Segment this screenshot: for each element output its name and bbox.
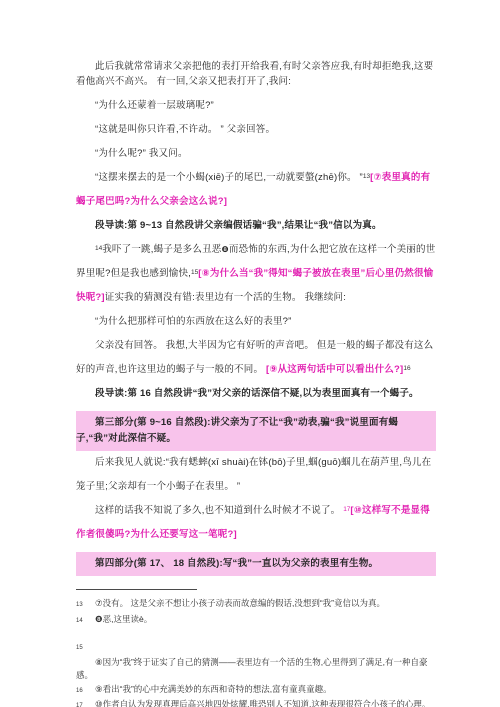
body-text: “这就是叫你只许看,不许动。 ” 父亲回答。 <box>95 124 275 135</box>
highlight-part4-summary: 第四部分(第 17、 18 自然段):写“我”一直以为父亲的表里有生物。 <box>76 552 436 576</box>
footnotes-section: 13⑦没有。 这是父亲不想让小孩子动表而故意编的假话,没想到“我”竟信以为真。 … <box>76 589 436 707</box>
body-text: 这样的话我不知说了多久,也不知道到什么时候才不说了。 <box>95 505 343 516</box>
footnote-text: ⑧因为“我”终于证实了自己的猜测——表里边有一个活的生物,心里得到了满足,有一种… <box>76 657 428 681</box>
footnote-ref-16: 16 <box>403 365 410 372</box>
footnote-row-14: 14❽恶,这里读è。 <box>76 613 436 629</box>
footnote-number <box>76 656 95 658</box>
footnote-text: ⑨看出“我”的心中充满美妙的东西和奇特的想法,富有童真童趣。 <box>95 684 332 694</box>
footnote-ref-14: 14 <box>95 245 102 252</box>
footnote-number: 13 <box>76 597 95 613</box>
footnote-row-17: 17⑩作者自认为发现真理后高兴地四处炫耀,唯恐别人不知道,这种表现很符合小孩子的… <box>76 698 436 707</box>
footnote-number: 17 <box>76 698 95 707</box>
negative-circled-8-marker: ❽ <box>221 245 228 254</box>
body-text: “这摆来摆去的是一个小蝎(xiē)子的尾巴,一动就要螫(zhē)你。 ” <box>95 172 363 183</box>
paragraph-dialog-scary-thing: “为什么把那样可怕的东西放在这么好的表里?” <box>76 310 436 334</box>
body-text: 后来我见人就说:“我有蟋蟀(xī shuài)在钵(bō)子里,蝈(guō)蝈儿… <box>76 457 431 492</box>
guide-text: 段导读:第 9~13 自然段讲父亲编假话骗“我”,结果让“我”信以为真。 <box>95 220 382 231</box>
footnote-ref-17: 17 <box>343 506 350 513</box>
paragraph-said-for-long: 这样的话我不知说了多久,也不知道到什么时候才不说了。 17[⑩这样写不是显得作者… <box>76 499 436 547</box>
annotation-question-9: [⑨从这两句话中可以看出什么?] <box>266 364 403 375</box>
guide-text: 段导读:第 16 自然段讲“我”对父亲的话深信不疑,以为表里面真有一个蝎子。 <box>95 388 419 399</box>
body-text: 我吓了一跳,蝎子是多么丑恶 <box>102 244 221 255</box>
body-text: “为什么把那样可怕的东西放在这么好的表里?” <box>95 316 292 327</box>
footnote-text: ⑦没有。 这是父亲不想让小孩子动表而故意编的假话,没想到“我”竟信以为真。 <box>95 598 385 608</box>
textbook-page: 此后我就常常请求父亲把他的表打开给我看,有时父亲答应我,有时却拒绝我,这要看他高… <box>0 0 500 707</box>
footnote-ref-15: 15 <box>191 269 198 276</box>
paragraph-bragging: 后来我见人就说:“我有蟋蟀(xī shuài)在钵(bō)子里,蝈(guō)蝈儿… <box>76 451 436 499</box>
footnote-number: 16 <box>76 683 95 699</box>
footnote-row-13: 13⑦没有。 这是父亲不想让小孩子动表而故意编的假话,没想到“我”竟信以为真。 <box>76 597 436 613</box>
paragraph-father-no-answer: 父亲没有回答。 我想,大半因为它有好听的声音吧。 但是一般的蝎子都没有这么好的声… <box>76 334 436 382</box>
paragraph-guide-16: 段导读:第 16 自然段讲“我”对父亲的话深信不疑,以为表里面真有一个蝎子。 <box>76 382 436 406</box>
footnote-row-16: 16⑨看出“我”的心中充满美妙的东西和奇特的想法,富有童真童趣。 <box>76 683 436 699</box>
footnote-number: 14 <box>76 613 95 629</box>
paragraph-dialog-look-only: “这就是叫你只许看,不许动。 ” 父亲回答。 <box>76 118 436 142</box>
body-text: “为什么还蒙着一层玻璃呢?” <box>95 100 214 111</box>
footnote-ref-13: 13 <box>363 173 370 180</box>
footnote-separator <box>76 589 197 590</box>
highlight-part3-summary: 第三部分(第 9~16 自然段):讲父亲为了不让“我”动表,骗“我”说里面有蝎子… <box>76 411 436 451</box>
body-text: 证实我的猜测没有错:表里边有一个活的生物。 我继续问: <box>105 292 346 303</box>
paragraph-dialog-why: “为什么呢?” 我又问。 <box>76 142 436 166</box>
body-text: 此后我就常常请求父亲把他的表打开给我看,有时父亲答应我,有时却拒绝我,这要看他高… <box>76 61 433 87</box>
footnote-text: ❽恶,这里读è。 <box>95 614 152 624</box>
paragraph-request-watch: 此后我就常常请求父亲把他的表打开给我看,有时父亲答应我,有时却拒绝我,这要看他高… <box>76 59 436 89</box>
footnote-row-15-number: 15 <box>76 640 436 656</box>
footnote-row-15-text: ⑧因为“我”终于证实了自己的猜测——表里边有一个活的生物,心里得到了满足,有一种… <box>76 656 436 683</box>
paragraph-scorpion-tail: “这摆来摆去的是一个小蝎(xiē)子的尾巴,一动就要螫(zhē)你。 ”13[⑦… <box>76 166 436 214</box>
body-text: “为什么呢?” 我又问。 <box>95 148 188 159</box>
highlight-text: 第四部分(第 17、 18 自然段):写“我”一直以为父亲的表里有生物。 <box>95 558 378 569</box>
paragraph-startled: 14我吓了一跳,蝎子是多么丑恶❽而恐怖的东西,为什么把它放在这样一个美丽的世界里… <box>76 238 436 310</box>
footnote-text: ⑩作者自认为发现真理后高兴地四处炫耀,唯恐别人不知道,这种表现很符合小孩子的心理… <box>95 699 430 707</box>
highlight-text: 第三部分(第 9~16 自然段):讲父亲为了不让“我”动表,骗“我”说里面有蝎子… <box>76 417 398 444</box>
paragraph-guide-9-13: 段导读:第 9~13 自然段讲父亲编假话骗“我”,结果让“我”信以为真。 <box>76 214 436 238</box>
paragraph-dialog-glass: “为什么还蒙着一层玻璃呢?” <box>76 94 436 118</box>
footnote-number: 15 <box>76 640 95 656</box>
